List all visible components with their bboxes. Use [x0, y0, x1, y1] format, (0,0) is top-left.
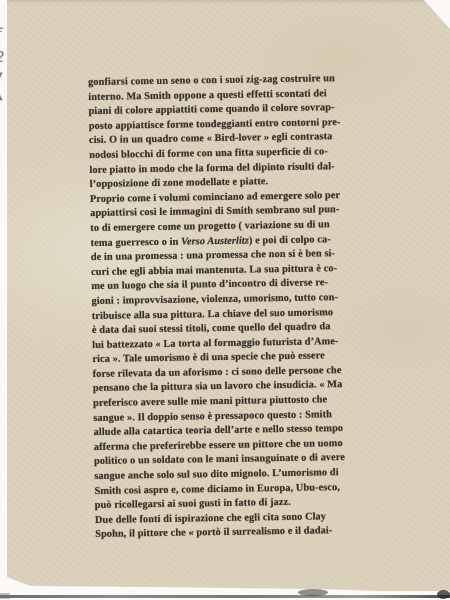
handwritten-mark: 2	[0, 48, 5, 66]
page-text-block: gonfiarsi come un seno o con i suoi zig-…	[88, 72, 375, 543]
ink-smudge	[437, 590, 450, 599]
ink-smudge	[298, 589, 328, 596]
scan-background: { "colors": { "paper": "#dbd1bc", "ink":…	[0, 0, 450, 600]
book-page: gonfiarsi come un seno o con i suoi zig-…	[0, 0, 450, 600]
scan-edge-line	[0, 595, 450, 598]
scan-shadow	[0, 593, 10, 599]
text-line: Spohn, il pittore che « portò il surreal…	[95, 524, 375, 543]
handwritten-mark: ƒ	[0, 24, 2, 44]
scanner-bed: gonfiarsi come un seno o con i suoi zig-…	[0, 0, 450, 600]
handwritten-mark: (	[0, 68, 5, 104]
